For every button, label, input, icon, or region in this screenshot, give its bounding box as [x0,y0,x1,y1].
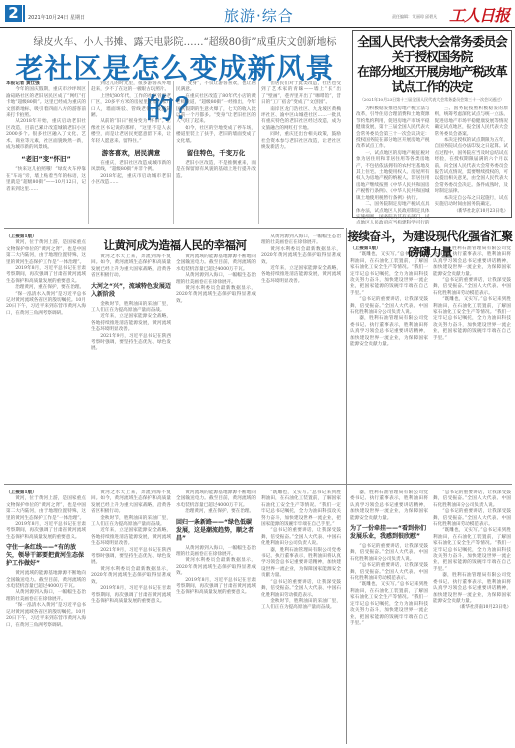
decision-column-2: 三、国务院按照积极稳妥的原则，统筹考虑深化试点与统一立法、促进房地产市场平稳健康… [435,106,509,224]
subhead: 大河之“兴”，流域特色发展迈入新阶段 [91,283,171,299]
paragraph: 在重庆，老旧社区改造成城市新的风景线，“超级80街”并非个例。 [91,161,171,174]
paragraph: “保一泓清水入黄河”是习近平总书记对黄河流域各省区的殷切嘱托。10月20日下午，… [6,292,86,318]
subhead: 守住一条红线——“有的放矢，领导干部要把黄河生态保护工作做好” [6,544,86,568]
paragraph: 如今，社区的空地变成了停车场，楼道里装上了扶手，老旧的墙面变成了文化墙。 [176,126,256,145]
paragraph: “变身”，不仅让游客喜欢，也让居民满意。 [176,81,256,94]
paragraph: “快来这儿拍照哦！”绿皮火车停靠在“车站”旁，墙上贴着当年的标语，这里就是“超级… [6,167,86,193]
yellow-river-column-1: （上接第1版） 黄河，位于黄河上游，是国家重点文物保护单位的“黄河之肾”，也是中… [6,234,86,469]
right-story-column-1: （上接第1版） “既雕也，又实写。”总书记来到胜利油田，在石油化工装置前，了解国… [350,246,428,481]
paragraph: 为积极稳妥推进房地产税立法与改革，引导住房合理消费和土地资源节约集约利用，促进房… [356,106,430,151]
paragraph: 器，胜利石油管理局有限公司党委书记、执行董事表示，胜利油田将认真学习领会总书记重… [433,573,511,605]
paragraph: 黄河之水天上来，奔流到海不复回。如今，黄河流域生态保护和高质量发展已经上升为重大… [91,254,171,280]
paragraph: 本决定授权的试点期限为五年，自国务院试点办法印发之日起算。试点过程中，国务院应当… [435,138,509,196]
paragraph: 从黄河源到入海口，一幅幅生态治理的壮美画卷正在徐徐展开。 [6,590,86,603]
source-credit: （新华社济南10月23日电） [433,605,511,611]
paragraph: 黄河流域的能源基地源源不断地向全国输送电力。截至目前，黄河流域的水电装机容量已超… [176,490,256,509]
paragraph: “总书记的重要讲话，让我深受鼓舞，倍受振奋。”全国人大代表、中国石化胜利油田劳动… [350,563,428,582]
paragraph: 金秋时节，胜利油田的采油厂里，工人们正在为提高原油产量而奋战。 [261,599,341,612]
masthead: 2 2021年10月24日 星期日 旅游·综合 责任编辑：艾丽琼 邱碧凡 工人日… [0,0,515,28]
paragraph: 在重庆社区改造了80年代小店的黄老师说道，“超级80街”一经推出，今年国庆假期的… [176,94,256,126]
paragraph: 同时，重庆还出台相关政策，鼓励社会资本参与老旧社区改造，让老社区焕发新活力。 [261,132,341,151]
paragraph: 从前的“旧日”摇身变为“怀旧”。正像社区书记说的那样，“这里不是人去楼空，而是让… [91,119,171,145]
paragraph: 治理黄河，重在保护，要在治理。 [6,285,86,291]
lead-story-column-1: 本报记者 黄仕强 今年的国庆假期，重庆市沙坪坝区渝碚路社区的老旧居民区成了“网红… [6,81,86,224]
yellow-river-column-2: 黄河之水天上来，奔流到海不复回。如今，黄河流域生态保护和高质量发展已经上升为重大… [91,254,171,469]
paragraph: 金秋时节，胜利油田的采油厂里，工人们正在为提高原油产量而奋战。 [91,302,171,315]
subhead: “老旧”变“怀旧” [6,154,86,164]
lead-story-column-2: 到这儿的时光里，很多游客从外地赶来，少不了在这的一板眼古玩照片。 上世纪80年代… [91,81,171,224]
paragraph: 从黄河源到入海口，一幅幅生态治理的壮美画卷正在徐徐展开。 [261,234,341,247]
paragraph: 南岸区龙门浩社区、九龙坡区黄桷坪社区、渝中区山城巷社区……一批具有重庆特色的老旧… [261,107,341,133]
paragraph: 从黄河源到入海口，一幅幅生态治理的壮美画卷正在徐徐展开。 [176,273,256,286]
paragraph: “保一泓清水入黄河”是习近平总书记对黄河流域各省区的殷切嘱托。10月20日下午，… [6,603,86,629]
subhead: 为了一份牵挂——“看到你们发展乐业，我感到很欣慰” [350,525,428,541]
paragraph: 一、试点地区的房地产税征税对象为居住用和非居住用等各类房地产，不包括依法拥有的农… [356,151,430,202]
decision-title-line-1: 全国人民代表大会常务委员会关于授权国务院 [356,34,508,64]
lower-column-1: （上接第1版） 黄河，位于黄河上游，是国家重点文物保护单位的“黄河之肾”，也是中… [6,490,86,742]
paragraph: 今年的国庆假期，重庆市沙坪坝区渝碚路社区的老旧居民区成了“网红”打卡地“超级80… [6,87,86,119]
paragraph: 黄河水利委员会最新数据显示，2020年黄河流域生态保护取得显著成效。 [261,247,341,266]
yellow-river-title: 让黄河成为造福人民的幸福河 [100,237,250,253]
lower-rule [4,484,512,485]
paragraph: 上世纪80年代，工作的社区曾是老厂区，20多平方米的房屋里住着一家几口人，墙面斑… [91,94,171,120]
lower-column-4: “既雕也，又实写。”总书记来到胜利油田，在石油化工装置前，了解国家石油化工安全生… [261,490,341,742]
right-story-column-2: 器，胜利石油管理局有限公司党委书记、执行董事表示，胜利油田将认真学习领会总书记重… [433,246,511,481]
paragraph: 本决定自公布之日起施行，试点实施启动时间由国务院确定。 [435,196,509,209]
paragraph: 黄河，位于黄河上游，是国家重点文物保护单位的“黄河之肾”，也是中国第二大内陆河，… [6,496,86,522]
paragraph: 2021年9月，习近平总书记在陕西考察时强调，要坚持生态优先、绿色发展。 [91,334,171,353]
yellow-river-column-3: 黄河流域的能源基地源源不断地向全国输送电力。截至目前，黄河流域的水电装机容量已超… [176,254,256,469]
subhead: 留住特色，千变万化 [176,148,256,158]
paragraph: 黄河水利委员会最新数据显示，2020年黄河流域生态保护取得显著成效。 [176,286,256,305]
paragraph: 器，胜利石油管理局有限公司党委书记、执行董事表示，胜利油田将认真学习领会总书记重… [350,316,428,348]
column-divider [258,81,259,224]
paragraph: 黄河水利委员会最新数据显示，2020年黄河流域生态保护取得显著成效。 [176,558,256,577]
paragraph: “总书记的重要讲话，让我深受鼓舞，倍受振奋。”全国人大代表、中国石化胜利油田分公… [350,544,428,563]
paragraph: “总书记的重要讲话，让我深受鼓舞，倍受振奋。”全国人大代表、中国石化胜利油田劳动… [433,509,511,528]
issue-date: 2021年10月24日 星期日 [28,14,85,21]
subhead: 游客喜欢，居民满意 [91,148,171,158]
lower-column-6: “总书记的重要讲话，让我深受鼓舞，倍受振奋。”全国人大代表、中国石化胜利油田分公… [433,490,511,742]
paragraph: 到这儿的时光里，很多游客从外地赶来，少不了在这的一板眼古玩照片。 [91,81,171,94]
decision-title-line-2: 在部分地区开展房地产税改革试点工作的决定 [356,64,508,94]
column-divider [173,81,174,224]
paragraph: 黄河水利委员会最新数据显示，2020年黄河流域生态保护取得显著成效。 [91,567,171,586]
lower-column-2: 黄河之水天上来，奔流到海不复回。如今，黄河流域生态保护和高质量发展已经上升为重大… [91,490,171,742]
paragraph: “总书记的重要讲话，让我深受鼓舞，倍受振奋。”全国人大代表、中国石化胜利油田劳动… [433,278,511,297]
paragraph: 近年来，立足国家能源安全战略，各地持续推进清洁能源发展，黄河流域生态环境明显改善… [261,266,341,285]
section-title: 旅游·综合 [224,5,294,26]
paragraph: 2021年9月，习近平总书记在陕西考察时强调，要坚持生态优先、绿色发展。 [91,548,171,567]
subhead: 回归一条新路——“绿色低碳发展，这是潮流趋势，顺之者昌” [176,519,256,543]
lead-story-column-4: 但居民们对于此类改造，社区也受到了艺术家的青睐——墙上“长”出了“壁画”，巷弄里… [261,81,341,224]
source-credit: （新华社北京10月23日电） [435,209,509,215]
paragraph: 治理黄河，重在保护，要在治理。 [176,509,256,515]
paragraph: “既雕也，又实写。”总书记来到胜利油田，在石油化工装置前，了解国家石油化工安全生… [261,490,341,528]
paragraph: 黄河流域的能源基地源源不断地向全国输送电力。截至目前，黄河流域的水电装机容量已超… [6,571,86,590]
paragraph: 老旧小区改造，不是推倒重来，而是在保留原有风貌的基础上进行提升改造。 [176,161,256,180]
paragraph: 2019年8月，习近平总书记在甘肃考察期间，再次强调了甘肃省黄河流域生态保护和高… [176,578,256,597]
lower-column-3: 黄河流域的能源基地源源不断地向全国输送电力。截至目前，黄河流域的水电装机容量已超… [176,490,256,742]
lead-story-column-3: “变身”，不仅让游客喜欢，也让居民满意。 在重庆社区改造了80年代小店的黄老师说… [176,81,256,224]
paragraph: 从2018年开始，重庆启动老旧社区改造，目前已累计改造城镇老旧小区2000多个。… [6,119,86,151]
paragraph: 2019年8月，习近平总书记在甘肃考察期间，再次强调了甘肃省黄河流域生态保护和高… [6,266,86,285]
decision-box: 全国人民代表大会常务委员会关于授权国务院 在部分地区开展房地产税改革试点工作的决… [352,30,512,218]
paragraph: 2019年8月，习近平总书记在甘肃考察期间，再次强调了甘肃省黄河流域生态保护和高… [6,522,86,541]
section-divider [346,228,347,744]
decision-subtitle: （2021年10月23日第十三届全国人民代表大会常务委员会第三十一次会议通过） [356,97,508,103]
paragraph: “既雕也，又实写。”总书记来到胜利油田，在石油化工装置前，了解国家石油化工安全生… [433,297,511,342]
yellow-river-column-4: 从黄河源到入海口，一幅幅生态治理的壮美画卷正在徐徐展开。 黄河水利委员会最新数据… [261,234,341,469]
paragraph: “总书记的重要讲话，让我深受鼓舞，倍受振奋。”全国人大代表、中国石化胜利油田分公… [261,528,341,547]
paragraph: 黄河之水天上来，奔流到海不复回。如今，黄河流域生态保护和高质量发展已经上升为重大… [91,490,171,516]
paragraph: 黄河流域的能源基地源源不断地向全国输送电力。截至目前，黄河流域的水电装机容量已超… [176,254,256,273]
paragraph: 二、国务院制定房地产税试点具体办法，试点地区人民政府制定具体实施细则。国务院及其… [356,202,430,224]
paragraph: “既雕也，又实写。”总书记来到胜利油田，在石油化工装置前，了解国家石油化工安全生… [350,582,428,627]
column-divider [88,81,89,224]
paragraph: “总书记的重要讲话，让我深受鼓舞，倍受振奋。”全国人大代表、中国石化胜利油田分公… [350,297,428,316]
paragraph: 器，胜利石油管理局有限公司党委书记、执行董事表示，胜利油田将认真学习领会总书记重… [261,548,341,580]
paragraph: 黄河，位于黄河上游，是国家重点文物保护单位的“黄河之肾”，也是中国第二大内陆河，… [6,240,86,266]
editors-credit: 责任编辑：艾丽琼 邱碧凡 [392,14,437,20]
paragraph: 近年来，立足国家能源安全战略，各地持续推进清洁能源发展，黄河流域生态环境明显改善… [91,528,171,547]
paragraph: “总书记的重要讲话，让我深受鼓舞，倍受振奋。”全国人大代表、中国石化胜利油田劳动… [261,580,341,599]
paragraph: “既雕也，又实写。”总书记来到胜利油田，在石油化工装置前，了解国家石油化工安全生… [433,528,511,573]
paragraph: “总书记的重要讲话，让我深受鼓舞，倍受振奋。”全国人大代表、中国石化胜利油田分公… [433,490,511,509]
paragraph: 器，胜利石油管理局有限公司党委书记、执行董事表示，胜利油田将认真学习领会总书记重… [350,490,428,522]
paragraph: “既雕也，又实写。”总书记来到胜利油田，在石油化工装置前，了解国家石油化工安全生… [350,252,428,297]
page-number-bar [23,5,25,22]
section-rule [4,228,344,229]
paragraph: 器，胜利石油管理局有限公司党委书记、执行董事表示，胜利油田将认真学习领会总书记重… [433,246,511,278]
lead-story-kicker: 绿皮火车、小人书摊、露天电影院……“超级80街”成重庆文创新地标 [30,33,340,48]
paragraph: 2018年起，重庆市启动城市老旧小区改造…… [91,174,171,187]
paragraph: 但居民们对于此类改造，社区也受到了艺术家的青睐——墙上“长”出了“壁画”，巷弄里… [261,81,341,107]
paragraph: 2019年8月，习近平总书记在甘肃考察期间，再次强调了甘肃省黄河流域生态保护和高… [91,586,171,605]
lower-column-5: 器，胜利石油管理局有限公司党委书记、执行董事表示，胜利油田将认真学习领会总书记重… [350,490,428,742]
page-number: 2 [5,5,22,22]
paragraph: 近年来，立足国家能源安全战略，各地持续推进清洁能源发展，黄河流域生态环境明显改善… [91,314,171,333]
paper-logo: 工人日报 [449,3,509,26]
paragraph: 三、国务院按照积极稳妥的原则，统筹考虑深化试点与统一立法、促进房地产市场平稳健康… [435,106,509,138]
paragraph: 从黄河源到入海口，一幅幅生态治理的壮美画卷正在徐徐展开。 [176,546,256,559]
paragraph: 金秋时节，胜利油田的采油厂里，工人们正在为提高原油产量而奋战。 [91,516,171,529]
decision-column-1: 为积极稳妥推进房地产税立法与改革，引导住房合理消费和土地资源节约集约利用，促进房… [356,106,430,224]
